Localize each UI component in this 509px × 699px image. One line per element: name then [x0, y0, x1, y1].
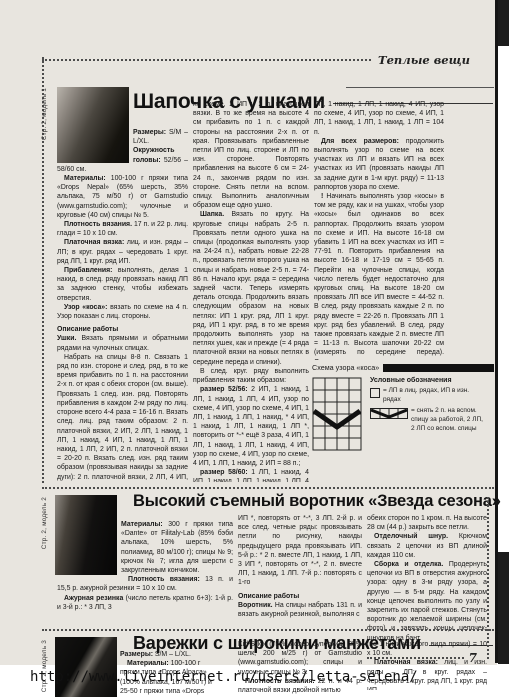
section2-column-2: ИП *, повторять от *-*, 3 ЛП. 2-й р. и в…: [238, 514, 362, 636]
para-text: S/M – L/XL.: [153, 651, 191, 658]
para-text: ИП *, повторять от *-*, 3 ЛП. 2-й р. и в…: [238, 515, 362, 586]
cable-stitch-icon: [370, 408, 408, 419]
chart-header: Схема узора «коса»: [312, 364, 494, 373]
para: Платочная вязка: лиц. и изн. ряды – ЛП; …: [57, 238, 188, 266]
para-lead: Узор «коса»:: [64, 304, 107, 311]
footer-url: http://www.liveinternet.ru/users/letta-s…: [30, 669, 500, 685]
section2-column-1: Материалы: 300 г пряжи типа «Dante» от F…: [57, 520, 233, 634]
para: Воротник. На спицы набрать 131 п. и вяза…: [238, 601, 362, 619]
para: ! Начинать выполнять узор «косы» в том ж…: [314, 192, 444, 360]
para-lead: размер 58/60:: [200, 469, 248, 476]
para-text: по схеме, 2 ИП и 2 п. платочной вязки. В…: [193, 101, 309, 209]
right-dotted-border: [487, 497, 489, 659]
photo-wrap-spacer: [57, 520, 121, 577]
para: Шапка. Вязать по кругу. На круговые спиц…: [193, 210, 309, 366]
chart-title: Схема узора «коса»: [312, 364, 379, 373]
para-lead: Воротник.: [238, 602, 273, 609]
para-lead: Материалы:: [121, 521, 163, 528]
dotted-rule: [367, 657, 464, 659]
para-lead: Материалы:: [127, 660, 169, 667]
para: ЛП, 1 накид, 1 ЛП, 1 накид, 4 ИП, узор п…: [314, 100, 444, 137]
para-lead: Ушки.: [57, 335, 76, 342]
page-number: 7: [469, 651, 477, 665]
para-lead: Материалы:: [64, 175, 106, 182]
para: Набрать на спицы 8-8 п. Связать 1 ряд по…: [57, 353, 188, 482]
section1-column-1: Размеры: S/M – L/XL. Окружность головы: …: [57, 128, 188, 482]
rubric-underline: [346, 87, 494, 88]
magazine-page: Теплые вещи Стр. 2, модель 1 Шапочка с у…: [0, 0, 509, 699]
section2-column-3: обеих сторон по 1 кром. п. На высоте 28 …: [367, 514, 487, 640]
para-text: 300 г пряжи типа «Dante» от Filitaly-Lab…: [121, 521, 233, 574]
para: В след. круг. ряду выполнить прибавления…: [193, 367, 309, 385]
para: Сборка и отделка. Продернуть цепочки из …: [367, 560, 487, 640]
para-lead: Сборка и отделка.: [374, 561, 443, 568]
legend-item: = снять 2 п. на вспом. спицу за работой,…: [370, 407, 488, 433]
para: Отделочный шнур. Крючком связать 2 цепоч…: [367, 532, 487, 560]
para-lead: Прибавления:: [64, 267, 112, 274]
knit-stitch-icon: [370, 388, 380, 398]
section2-title: Высокий съемный воротник «Звезда сезона»: [133, 492, 501, 511]
para: Для всех размеров: продолжить выполнять …: [314, 137, 444, 192]
scan-artifact-top: [498, 0, 509, 46]
para-text: продолжить выполнять узор по схеме на вс…: [314, 138, 444, 191]
para-lead: Отделочный шнур.: [374, 533, 448, 540]
para-lead: Плотность вязания:: [128, 576, 200, 583]
chart-title-bar: [383, 364, 494, 372]
para: Размеры: S/M – L/XL.: [120, 650, 213, 659]
section-separator: [42, 629, 494, 631]
para-text: ЛП, 1 накид, 1 ЛП, 1 накид, 4 ИП, узор п…: [314, 101, 444, 136]
para-lead: Шапка.: [200, 211, 224, 218]
para: Прибавления: выполнять, делая 1 накид, в…: [57, 266, 188, 303]
para: Узор «коса»: вязать по схеме на 4 п. Узо…: [57, 303, 188, 321]
dotted-rule: [42, 59, 371, 61]
section2-title-row: Высокий съемный воротник «Звезда сезона»: [133, 492, 493, 511]
para: по схеме, 2 ИП и 2 п. платочной вязки. В…: [193, 100, 309, 210]
para-lead: Плотность вязания.: [64, 221, 132, 228]
section-separator: [42, 487, 494, 489]
para-lead: Для всех размеров:: [321, 138, 399, 145]
section1-column-2: по схеме, 2 ИП и 2 п. платочной вязки. В…: [193, 100, 309, 482]
para: размер 52/56: 2 ИП, 1 накид, 1 ЛП, 1 нак…: [193, 385, 309, 468]
para-text: Вязать прямыми и обратными рядами на чул…: [57, 335, 188, 351]
subheading: Описание работы: [238, 592, 362, 601]
para-lead: Размеры:: [133, 129, 166, 136]
chart-legend: Условные обозначения = ЛП в лиц. рядах, …: [370, 377, 488, 451]
para-text: В след. круг. ряду выполнить прибавления…: [193, 368, 309, 384]
subheading: Описание работы: [57, 325, 188, 334]
cable-chart-block: Схема узора «коса» Условные обозначения …: [312, 364, 494, 451]
legend-title: Условные обозначения: [370, 377, 488, 386]
para-text: обеих сторон по 1 кром. п. На высоте 28 …: [367, 515, 487, 531]
side-label-model-2: Стр. 2, модель 2: [41, 497, 53, 549]
photo-model-3-mittens: [55, 637, 117, 697]
para: Ажурная резинка (число петель кратно 6+3…: [57, 594, 233, 612]
para-lead: Ажурная резинка: [64, 595, 123, 602]
para: обеих сторон по 1 кром. п. На высоте 28 …: [367, 514, 487, 532]
para-text: 2 ИП, 1 накид, 1 ЛП, 1 накид, 1 ЛП, 4 ИП…: [193, 386, 309, 467]
side-label-model-1: Стр. 2, модель 1: [41, 88, 53, 140]
para: ИП *, повторять от *-*, 3 ЛП. 2-й р. и в…: [238, 514, 362, 588]
photo-wrap-spacer: [57, 128, 133, 164]
page-number-row: 7: [367, 651, 477, 665]
rubric-label: Теплые вещи: [378, 53, 470, 67]
para: Плотность вязания: 13 п. и 15,5 р. ажурн…: [57, 575, 233, 593]
para-lead: Размеры:: [120, 651, 153, 658]
scan-artifact-bottom: [498, 552, 509, 664]
legend-text: = ЛП в лиц. рядах, ИП в изн. рядах: [383, 387, 488, 404]
para-text: Начинать выполнять узор «косы» в том же …: [314, 193, 444, 360]
header-row: Теплые вещи: [42, 53, 470, 67]
para: размер 58/60: 1 ЛП, 1 накид, 4 ИП, 1 нак…: [193, 468, 309, 482]
cable-chart-grid: [312, 377, 362, 451]
para: Ушки. Вязать прямыми и обратными рядами …: [57, 334, 188, 352]
para-text: Вязать по кругу. На круговые спицы набра…: [193, 211, 309, 365]
para-lead: Платочная вязка:: [64, 239, 124, 246]
para-text: Набрать на спицы 8-8 п. Связать 1 ряд по…: [57, 354, 188, 482]
para-lead: размер 52/56:: [200, 386, 248, 393]
section1-column-3: ЛП, 1 накид, 1 ЛП, 1 накид, 4 ИП, узор п…: [314, 100, 444, 360]
legend-text: = снять 2 п. на вспом. спицу за работой,…: [411, 407, 488, 433]
legend-item: = ЛП в лиц. рядах, ИП в изн. рядах: [370, 387, 488, 404]
para: Плотность вязания. 17 п. и 22 р. лиц. гл…: [57, 220, 188, 238]
para: Материалы: 100-100 г пряжи типа «Drops N…: [57, 174, 188, 220]
